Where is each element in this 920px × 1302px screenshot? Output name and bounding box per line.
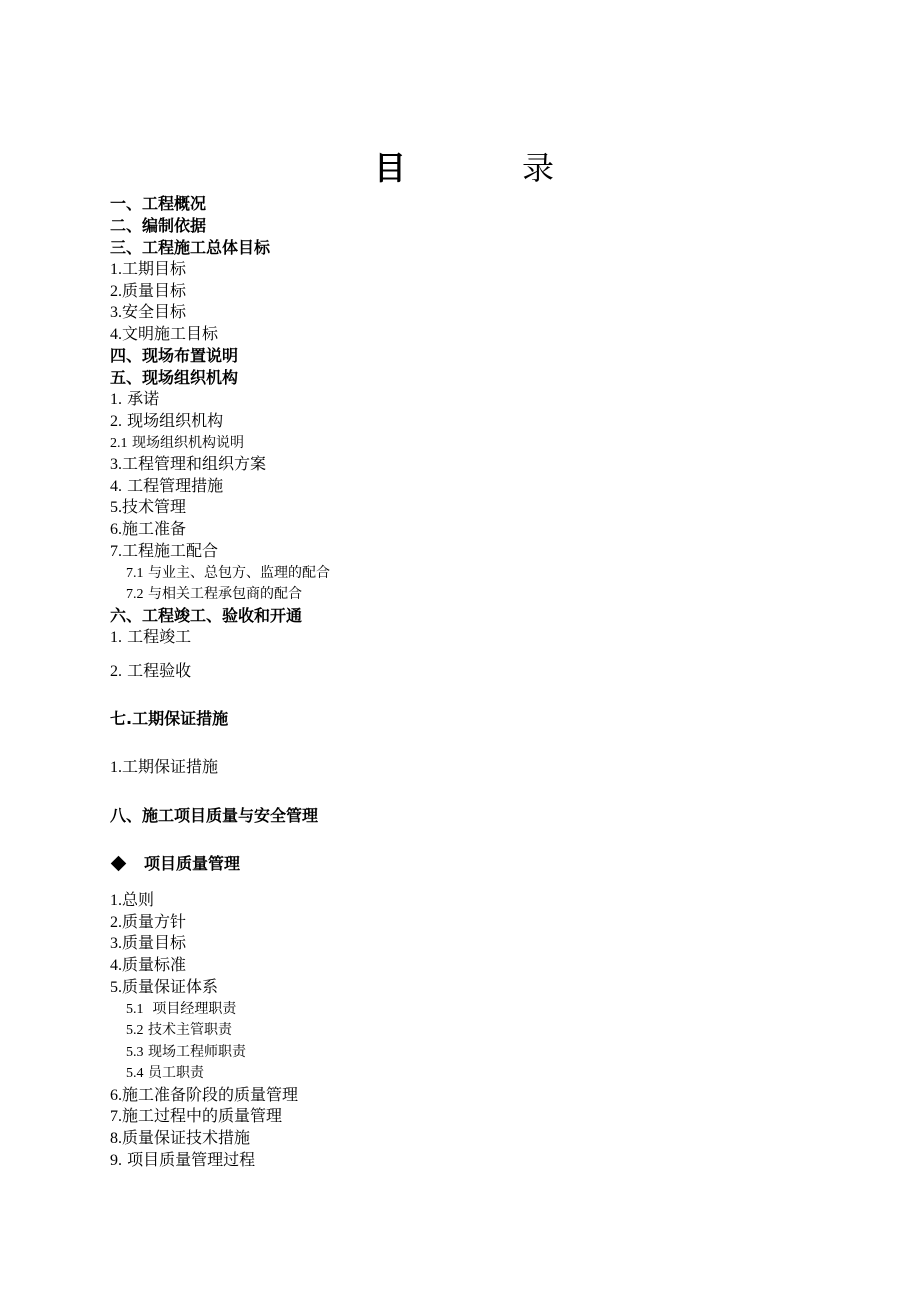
toc-entry-label: 质量保证体系 bbox=[122, 977, 218, 996]
toc-entry[interactable]: 5.技术管理 bbox=[110, 497, 186, 518]
toc-entry[interactable]: 7.1 与业主、总包方、监理的配合 bbox=[126, 563, 330, 584]
toc-entry-number: 1. bbox=[110, 261, 122, 278]
toc-entry-label: 技术主管职责 bbox=[144, 1022, 232, 1038]
toc-entry[interactable]: 2.1 现场组织机构说明 bbox=[110, 433, 244, 454]
toc-entry-label: 三、工程施工总体目标 bbox=[110, 238, 270, 257]
toc-entry-number: 3. bbox=[110, 456, 122, 473]
toc-entry-number: 4. bbox=[110, 478, 122, 495]
toc-entry-label: 工程管理和组织方案 bbox=[122, 454, 266, 473]
toc-entry-label: 与相关工程承包商的配合 bbox=[144, 586, 302, 602]
toc-entry[interactable]: 3.工程管理和组织方案 bbox=[110, 454, 266, 475]
toc-entry-number: 4. bbox=[110, 326, 122, 343]
toc-entry[interactable]: 6.施工准备阶段的质量管理 bbox=[110, 1085, 298, 1106]
toc-entry-label: 六、工程竣工、验收和开通 bbox=[110, 606, 302, 625]
toc-entry-label: 现场组织机构说明 bbox=[128, 435, 244, 451]
toc-entry-label: 工程竣工 bbox=[122, 627, 191, 646]
toc-entry-label: 工程施工配合 bbox=[122, 541, 218, 560]
title-char-2: 录 bbox=[522, 148, 554, 188]
toc-entry-number: 5.2 bbox=[126, 1023, 144, 1038]
toc-entry[interactable]: 一、工程概况 bbox=[110, 194, 206, 214]
toc-entry-label: 工程管理措施 bbox=[122, 476, 223, 495]
toc-entry[interactable]: 4. 工程管理措施 bbox=[110, 476, 223, 497]
toc-entry-label: 八、施工项目质量与安全管理 bbox=[110, 806, 318, 825]
toc-entry[interactable]: 二、编制依据 bbox=[110, 216, 206, 236]
toc-entry-label: 项目质量管理过程 bbox=[122, 1150, 255, 1169]
toc-entry-number: 9. bbox=[110, 1152, 122, 1169]
toc-entry[interactable]: 1. 工程竣工 bbox=[110, 627, 191, 648]
toc-entry[interactable]: 2.质量方针 bbox=[110, 912, 186, 933]
toc-entry[interactable]: 5.4 员工职责 bbox=[126, 1063, 204, 1084]
toc-entry-label: 工期保证措施 bbox=[122, 757, 218, 776]
page-title: 目 录 bbox=[0, 148, 920, 188]
toc-entry-number: 5. bbox=[110, 499, 122, 516]
toc-entry[interactable]: 2.质量目标 bbox=[110, 281, 186, 302]
toc-entry[interactable]: 5.1 项目经理职责 bbox=[126, 999, 236, 1020]
toc-entry[interactable]: 4.质量标准 bbox=[110, 955, 186, 976]
toc-entry-number: 5.4 bbox=[126, 1066, 144, 1081]
toc-entry-number: 5.1 bbox=[126, 1002, 144, 1017]
toc-entry-label: 承诺 bbox=[122, 389, 159, 408]
toc-entry[interactable]: 7.工程施工配合 bbox=[110, 541, 218, 562]
toc-entry-label: 质量标准 bbox=[122, 955, 186, 974]
toc-entry-number: 1. bbox=[110, 759, 122, 776]
title-char-1: 目 bbox=[374, 148, 406, 188]
toc-entry-label: 二、编制依据 bbox=[110, 216, 206, 235]
toc-entry[interactable]: 8.质量保证技术措施 bbox=[110, 1128, 250, 1149]
toc-entry-number: 2. bbox=[110, 413, 122, 430]
toc-entry-label: 四、现场布置说明 bbox=[110, 346, 238, 365]
toc-entry[interactable]: 5.2 技术主管职责 bbox=[126, 1020, 232, 1041]
toc-entry-label: 现场组织机构 bbox=[122, 411, 223, 430]
toc-entry-label: 技术管理 bbox=[122, 497, 186, 516]
toc-entry-label: 与业主、总包方、监理的配合 bbox=[144, 565, 330, 581]
toc-entry-label: 质量保证技术措施 bbox=[122, 1128, 250, 1147]
toc-entry[interactable]: 3.安全目标 bbox=[110, 302, 186, 323]
toc-entry-label: 质量目标 bbox=[122, 281, 186, 300]
diamond-bullet-icon bbox=[111, 856, 127, 872]
toc-entry-label: 文明施工目标 bbox=[122, 324, 218, 343]
toc-entry[interactable]: 1.工期目标 bbox=[110, 259, 186, 280]
toc-entry[interactable]: 五、现场组织机构 bbox=[110, 368, 238, 388]
toc-entry-number: 4. bbox=[110, 957, 122, 974]
toc-entry-number: 3. bbox=[110, 935, 122, 952]
toc-entry-label: 项目质量管理 bbox=[144, 854, 240, 873]
toc-entry[interactable]: 1.工期保证措施 bbox=[110, 757, 218, 778]
toc-entry-label: 七.工期保证措施 bbox=[110, 709, 228, 728]
toc-entry-label: 质量目标 bbox=[122, 933, 186, 952]
toc-entry-number: 1. bbox=[110, 892, 122, 909]
toc-entry-label: 工期目标 bbox=[122, 259, 186, 278]
toc-entry-number: 5. bbox=[110, 979, 122, 996]
toc-entry[interactable]: 项目质量管理 bbox=[110, 854, 240, 874]
toc-entry-label: 施工准备 bbox=[122, 519, 186, 538]
toc-entry-label: 项目经理职责 bbox=[144, 1001, 237, 1017]
toc-entry-number: 5.3 bbox=[126, 1045, 144, 1060]
toc-entry[interactable]: 1.总则 bbox=[110, 890, 154, 911]
toc-entry-number: 2.1 bbox=[110, 436, 128, 451]
toc-entry[interactable]: 6.施工准备 bbox=[110, 519, 186, 540]
toc-entry-number: 1. bbox=[110, 391, 122, 408]
toc-entry-number: 6. bbox=[110, 1087, 122, 1104]
toc-entry-number: 3. bbox=[110, 304, 122, 321]
toc-entry-number: 8. bbox=[110, 1130, 122, 1147]
toc-entry-number: 7. bbox=[110, 1108, 122, 1125]
toc-entry[interactable]: 7.施工过程中的质量管理 bbox=[110, 1106, 282, 1127]
toc-entry[interactable]: 六、工程竣工、验收和开通 bbox=[110, 606, 302, 626]
toc-entry[interactable]: 3.质量目标 bbox=[110, 933, 186, 954]
toc-entry-label: 现场工程师职责 bbox=[144, 1044, 246, 1060]
toc-entry[interactable]: 2. 现场组织机构 bbox=[110, 411, 223, 432]
toc-entry-number: 7. bbox=[110, 543, 122, 560]
toc-entry-label: 五、现场组织机构 bbox=[110, 368, 238, 387]
toc-entry-number: 6. bbox=[110, 521, 122, 538]
toc-entry-number: 7.1 bbox=[126, 566, 144, 581]
toc-entry[interactable]: 5.3 现场工程师职责 bbox=[126, 1042, 246, 1063]
toc-entry-number: 7.2 bbox=[126, 587, 144, 602]
toc-entry[interactable]: 7.2 与相关工程承包商的配合 bbox=[126, 584, 302, 605]
toc-entry[interactable]: 4.文明施工目标 bbox=[110, 324, 218, 345]
toc-entry-label: 员工职责 bbox=[144, 1065, 204, 1081]
toc-entry[interactable]: 三、工程施工总体目标 bbox=[110, 238, 270, 258]
toc-entry-label: 施工过程中的质量管理 bbox=[122, 1106, 282, 1125]
toc-entry[interactable]: 9. 项目质量管理过程 bbox=[110, 1150, 255, 1171]
toc-entry-number: 1. bbox=[110, 629, 122, 646]
toc-entry-label: 安全目标 bbox=[122, 302, 186, 321]
toc-entry-label: 质量方针 bbox=[122, 912, 186, 931]
toc-entry[interactable]: 5.质量保证体系 bbox=[110, 977, 218, 998]
toc-entry[interactable]: 七.工期保证措施 bbox=[110, 709, 228, 729]
toc-entry[interactable]: 四、现场布置说明 bbox=[110, 346, 238, 366]
toc-entry[interactable]: 2. 工程验收 bbox=[110, 661, 191, 682]
toc-entry[interactable]: 八、施工项目质量与安全管理 bbox=[110, 806, 318, 826]
toc-entry[interactable]: 1. 承诺 bbox=[110, 389, 159, 410]
toc-entry-number: 2. bbox=[110, 663, 122, 680]
toc-entry-label: 总则 bbox=[122, 890, 154, 909]
toc-entry-number: 2. bbox=[110, 283, 122, 300]
toc-entry-label: 施工准备阶段的质量管理 bbox=[122, 1085, 298, 1104]
toc-entry-label: 一、工程概况 bbox=[110, 194, 206, 213]
toc-entry-number: 2. bbox=[110, 914, 122, 931]
toc-entry-label: 工程验收 bbox=[122, 661, 191, 680]
